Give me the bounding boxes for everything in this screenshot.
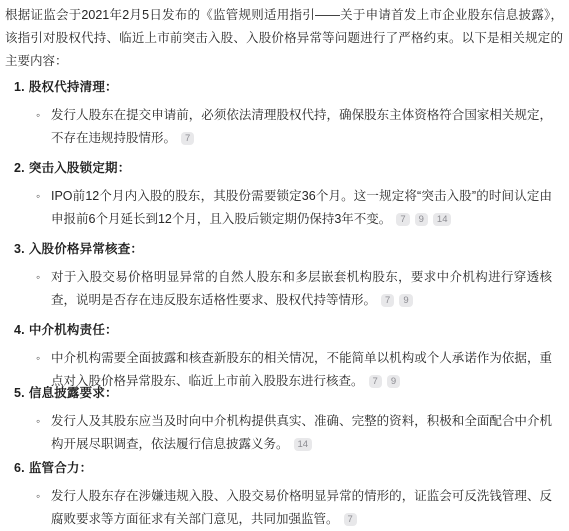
section-number: 3. <box>14 242 25 256</box>
section-heading: 4.中介机构责任： <box>5 321 563 340</box>
section-list: 1.股权代持清理： ◦发行人股东在提交申请前，必须依法清理股权代持，确保股东主体… <box>5 78 563 531</box>
list-item: 4.中介机构责任： ◦中介机构需要全面披露和核查新股东的相关情况，不能简单以机构… <box>5 321 563 393</box>
citation-badge[interactable]: 7 <box>181 132 194 145</box>
bullet-text: 发行人股东存在涉嫌违规入股、入股交易价格明显异常的情形的，证监会可反洗钱管理、反… <box>51 489 552 526</box>
list-item: 3.入股价格异常核查： ◦对于入股交易价格明显异常的自然人股东和多层嵌套机构股东… <box>5 240 563 312</box>
bullet-icon: ◦ <box>36 185 40 208</box>
section-title: 入股价格异常核查： <box>29 242 143 256</box>
citation-badge[interactable]: 7 <box>381 294 394 307</box>
section-title: 股权代持清理： <box>29 80 118 94</box>
bullet-point: ◦IPO前12个月内入股的股东，其股份需要锁定36个月。这一规定将“突击入股”的… <box>36 185 552 231</box>
bullet-text: 发行人股东在提交申请前，必须依法清理股权代持，确保股东主体资格符合国家相关规定，… <box>51 108 552 145</box>
list-item: 1.股权代持清理： ◦发行人股东在提交申请前，必须依法清理股权代持，确保股东主体… <box>5 78 563 150</box>
citation-badge[interactable]: 7 <box>369 375 382 388</box>
intro-paragraph: 根据证监会于2021年2月5日发布的《监管规则适用指引——关于申请首发上市企业股… <box>5 4 563 73</box>
bullet-icon: ◦ <box>36 410 40 433</box>
bullet-text: 对于入股交易价格明显异常的自然人股东和多层嵌套机构股东，要求中介机构进行穿透核查… <box>51 270 552 307</box>
list-item: 5.信息披露要求： ◦发行人及其股东应当及时向中介机构提供真实、准确、完整的资料… <box>5 384 563 456</box>
citation-badge[interactable]: 9 <box>415 213 428 226</box>
section-number: 2. <box>14 161 25 175</box>
section-number: 1. <box>14 80 25 94</box>
bullet-icon: ◦ <box>36 485 40 508</box>
section-title: 突击入股锁定期： <box>29 161 131 175</box>
list-item: 2.突击入股锁定期： ◦IPO前12个月内入股的股东，其股份需要锁定36个月。这… <box>5 159 563 231</box>
citation-badge[interactable]: 7 <box>344 513 357 526</box>
citation-badge[interactable]: 9 <box>399 294 412 307</box>
bullet-point: ◦中介机构需要全面披露和核查新股东的相关情况，不能简单以机构或个人承诺作为依据，… <box>36 347 552 393</box>
section-number: 4. <box>14 323 25 337</box>
bullet-point: ◦发行人及其股东应当及时向中介机构提供真实、准确、完整的资料，积极和全面配合中介… <box>36 410 552 456</box>
bullet-icon: ◦ <box>36 104 40 127</box>
bullet-point: ◦发行人股东存在涉嫌违规入股、入股交易价格明显异常的情形的，证监会可反洗钱管理、… <box>36 485 552 531</box>
answer-page: 根据证监会于2021年2月5日发布的《监管规则适用指引——关于申请首发上市企业股… <box>0 0 569 531</box>
citation-badge[interactable]: 9 <box>387 375 400 388</box>
section-number: 6. <box>14 461 25 475</box>
section-number: 5. <box>14 386 25 400</box>
bullet-icon: ◦ <box>36 347 40 370</box>
bullet-point: ◦对于入股交易价格明显异常的自然人股东和多层嵌套机构股东，要求中介机构进行穿透核… <box>36 266 552 312</box>
citation-badge[interactable]: 14 <box>433 213 452 226</box>
list-item: 6.监管合力： ◦发行人股东存在涉嫌违规入股、入股交易价格明显异常的情形的，证监… <box>5 459 563 531</box>
bullet-icon: ◦ <box>36 266 40 289</box>
section-heading: 6.监管合力： <box>5 459 563 478</box>
citation-badge[interactable]: 7 <box>396 213 409 226</box>
section-heading: 2.突击入股锁定期： <box>5 159 563 178</box>
bullet-text: IPO前12个月内入股的股东，其股份需要锁定36个月。这一规定将“突击入股”的时… <box>51 189 552 226</box>
section-heading: 1.股权代持清理： <box>5 78 563 97</box>
section-title: 监管合力： <box>29 461 93 475</box>
bullet-point: ◦发行人股东在提交申请前，必须依法清理股权代持，确保股东主体资格符合国家相关规定… <box>36 104 552 150</box>
section-heading: 3.入股价格异常核查： <box>5 240 563 259</box>
citation-badge[interactable]: 14 <box>294 438 313 451</box>
section-title: 中介机构责任： <box>29 323 118 337</box>
bullet-text: 中介机构需要全面披露和核查新股东的相关情况，不能简单以机构或个人承诺作为依据，重… <box>51 351 552 388</box>
